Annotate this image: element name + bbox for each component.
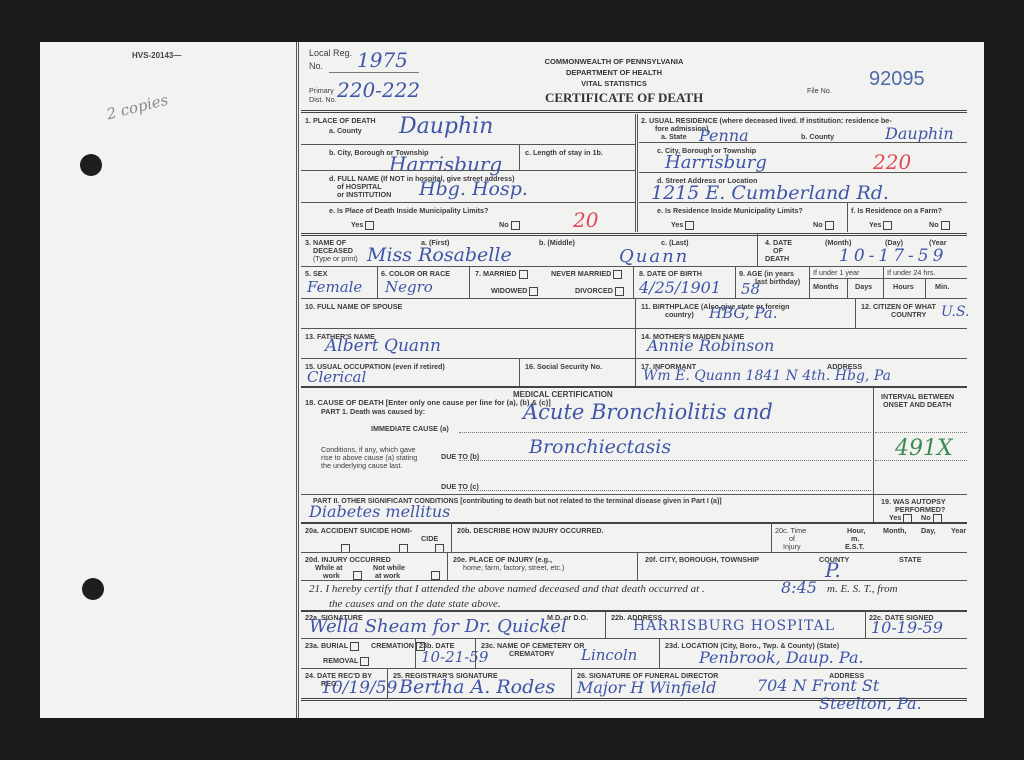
row-line xyxy=(301,358,967,359)
cemetery-value: Lincoln xyxy=(581,646,637,664)
res-yes-option[interactable]: Yes xyxy=(671,220,694,230)
days-label: Days xyxy=(855,282,872,291)
time-injury-label-3: Injury xyxy=(783,542,801,551)
sex-value: Female xyxy=(307,278,362,296)
cell-divider xyxy=(809,266,810,298)
injury-day-label: Day, xyxy=(921,526,936,535)
months-label: Months xyxy=(813,282,839,291)
est-label: E.S.T. xyxy=(845,542,864,551)
informant-value: Wm E. Quann 1841 N 4th. Hbg, Pa xyxy=(643,368,891,384)
date-signed-value: 10-19-59 xyxy=(871,618,943,637)
ssn-label: 16. Social Security No. xyxy=(525,362,602,371)
father-value: Albert Quann xyxy=(325,336,441,356)
sex-label: 5. SEX xyxy=(305,269,327,278)
cell-divider xyxy=(571,668,572,698)
director-address-value: 704 N Front St xyxy=(757,676,879,695)
cell-divider xyxy=(847,202,848,232)
agency-line-3: VITAL STATISTICS xyxy=(529,79,699,88)
age-value: 58 xyxy=(741,280,760,298)
section-divider xyxy=(635,114,638,232)
while-work-checkbox[interactable] xyxy=(353,571,362,580)
cell-divider xyxy=(475,638,476,668)
checkbox-icon[interactable] xyxy=(350,642,359,651)
local-reg-no-label: No. xyxy=(309,62,323,71)
res-county-value: Dauphin xyxy=(885,124,954,143)
cell-divider xyxy=(865,610,866,638)
certificate-form: Local Reg. No. 1975 Primary Dist. No. 22… xyxy=(296,42,987,718)
cell-divider xyxy=(873,388,874,494)
date-of-death-label-3: DEATH xyxy=(765,254,789,263)
res-code-value: 220 xyxy=(873,150,911,174)
cell-divider xyxy=(847,278,848,298)
describe-injury-label: 20b. DESCRIBE HOW INJURY OCCURRED. xyxy=(457,526,604,535)
cell-divider xyxy=(855,298,856,328)
injury-year-label: Year xyxy=(951,526,966,535)
injury-city-label: 20f. CITY, BOROUGH, TOWNSHIP xyxy=(645,555,759,564)
stay-label: c. Length of stay in 1b. xyxy=(525,148,603,157)
cell-divider xyxy=(883,266,884,298)
punch-hole-icon xyxy=(82,578,104,600)
copies-note: 2 copies xyxy=(105,91,170,124)
deceased-last-value: Quann xyxy=(619,246,689,267)
cell-divider xyxy=(605,610,606,638)
row-line xyxy=(639,142,967,143)
cell-divider xyxy=(469,266,470,298)
res-inside-limits-label: e. Is Residence Inside Municipality Limi… xyxy=(657,206,803,215)
mother-value: Annie Robinson xyxy=(647,336,774,355)
age-label-2: last birthday) xyxy=(755,277,800,286)
agency-line-2: DEPARTMENT OF HEALTH xyxy=(529,68,699,77)
checkbox-icon[interactable] xyxy=(941,221,950,230)
left-stub: HVS-20143— 2 copies xyxy=(40,42,296,718)
dotted-line xyxy=(459,490,871,491)
cell-divider xyxy=(659,638,660,668)
underline xyxy=(329,72,419,73)
cell-divider xyxy=(415,638,416,668)
yes-option[interactable]: Yes xyxy=(351,220,374,230)
place-of-death-heading: 1. PLACE OF DEATH xyxy=(305,116,376,125)
row-line xyxy=(301,202,635,203)
never-married-option[interactable]: NEVER MARRIED xyxy=(551,269,622,279)
date-of-death-value: 10-17-59 xyxy=(839,246,947,266)
row-line xyxy=(301,638,967,639)
checkbox-icon[interactable] xyxy=(511,221,520,230)
citizen-label-2: COUNTRY xyxy=(891,310,926,319)
punch-hole-icon xyxy=(80,154,102,176)
page-title: CERTIFICATE OF DEATH xyxy=(545,90,703,106)
due-to-b-value: Bronchiectasis xyxy=(529,436,671,458)
row-line xyxy=(301,144,635,145)
farm-label: f. Is Residence on a Farm? xyxy=(851,206,942,215)
farm-no-option[interactable]: No xyxy=(929,220,950,230)
deceased-name-value: Miss Rosabelle xyxy=(367,244,512,266)
citizen-value: U.S. xyxy=(941,304,970,320)
cell-divider xyxy=(633,266,634,298)
county-value: Dauphin xyxy=(399,114,493,139)
dob-value: 4/25/1901 xyxy=(639,278,721,297)
not-work-label-2: at work xyxy=(375,571,400,580)
birthplace-value: HBG, Pa. xyxy=(709,304,778,322)
funeral-director-value: Major H Winfield xyxy=(577,678,716,697)
dist-no-label: Dist. No. xyxy=(309,95,337,104)
certify-text-2: m. E. S. T., from xyxy=(827,583,898,595)
local-reg-label: Local Reg. xyxy=(309,49,352,58)
street-value: 1215 E. Cumberland Rd. xyxy=(651,182,889,204)
death-time-value: 8:45 xyxy=(781,578,817,597)
hospital-value: Hbg. Hosp. xyxy=(419,178,528,200)
ampm-value: P. xyxy=(825,558,841,582)
checkbox-icon[interactable] xyxy=(685,221,694,230)
row-line xyxy=(301,328,967,329)
injury-type-label-2: CIDE xyxy=(421,534,438,543)
middle-name-label: b. (Middle) xyxy=(539,238,575,247)
no-option[interactable]: No xyxy=(499,220,520,230)
row-line xyxy=(301,494,967,495)
cell-divider xyxy=(519,144,520,170)
md-label: M.D. or D.O. xyxy=(547,613,588,622)
cell-divider xyxy=(519,358,520,386)
under-24hr-label: If under 24 hrs. xyxy=(887,268,935,277)
cell-divider xyxy=(377,266,378,298)
row-line xyxy=(301,552,967,553)
row-line xyxy=(301,668,967,669)
married-option[interactable]: 7. MARRIED xyxy=(475,269,528,279)
file-no-label: File No. xyxy=(807,86,832,95)
certify-text-3: the causes and on the date state above. xyxy=(329,598,501,610)
local-reg-value: 1975 xyxy=(357,48,408,72)
checkbox-icon[interactable] xyxy=(519,270,528,279)
hospital-label-3: or INSTITUTION xyxy=(337,190,391,199)
deceased-name-label-3: (Type or print) xyxy=(313,254,358,263)
cause-label: 18. CAUSE OF DEATH [Enter only one cause… xyxy=(305,398,551,407)
form-code: HVS-20143— xyxy=(132,51,181,60)
row-line xyxy=(809,278,967,279)
place-injury-label-2: home, farm, factory, street, etc.) xyxy=(463,563,564,572)
immediate-cause-value: Acute Bronchiolitis and xyxy=(523,400,773,424)
dob-label: 8. DATE OF BIRTH xyxy=(639,269,702,278)
dotted-line xyxy=(459,460,871,461)
checkbox-icon[interactable] xyxy=(365,221,374,230)
location-value: Penbrook, Daup. Pa. xyxy=(699,648,864,667)
cell-divider xyxy=(635,328,636,358)
section-divider xyxy=(301,610,967,612)
checkbox-icon[interactable] xyxy=(613,270,622,279)
place-code-value: 20 xyxy=(573,208,598,232)
injury-month-label: Month, xyxy=(883,526,907,535)
cell-divider xyxy=(451,522,452,552)
checkbox-icon[interactable] xyxy=(615,287,624,296)
city-value: Harrisburg xyxy=(389,152,502,176)
occupation-value: Clerical xyxy=(307,368,366,386)
immediate-cause-label: IMMEDIATE CAUSE (a) xyxy=(371,424,449,433)
farm-yes-option[interactable]: Yes xyxy=(869,220,892,230)
header-divider xyxy=(301,110,967,113)
checkbox-icon[interactable] xyxy=(883,221,892,230)
inside-limits-label: e. Is Place of Death Inside Municipality… xyxy=(329,206,488,215)
date-recd-value: 10/19/59 xyxy=(321,678,397,698)
registrar-value: Bertha A. Rodes xyxy=(399,676,555,698)
row-line xyxy=(301,580,967,581)
cell-divider xyxy=(635,358,636,386)
not-work-checkbox[interactable] xyxy=(431,571,440,580)
injury-state-label: STATE xyxy=(899,555,922,564)
part2-value: Diabetes mellitus xyxy=(309,502,450,521)
widowed-option[interactable]: WIDOWED xyxy=(491,286,538,296)
primary-dist-label: Primary xyxy=(309,86,334,95)
director-address-value-2: Steelton, Pa. xyxy=(819,694,922,713)
burial-option[interactable]: 23a. BURIAL xyxy=(305,641,359,651)
certify-text: 21. I hereby certify that I attended the… xyxy=(309,583,705,595)
row-line xyxy=(639,202,967,203)
under-1yr-label: If under 1 year xyxy=(813,268,859,277)
section-divider xyxy=(301,386,967,388)
cell-divider xyxy=(757,234,758,266)
divorced-option[interactable]: DIVORCED xyxy=(575,286,624,296)
while-work-label-2: work xyxy=(323,571,340,580)
dotted-line xyxy=(875,432,967,433)
section-divider xyxy=(301,233,967,236)
county-label: a. County xyxy=(329,126,362,135)
res-city-value: Harrisburg xyxy=(665,152,767,173)
race-label: 6. COLOR OR RACE xyxy=(381,269,450,278)
cell-divider xyxy=(925,278,926,298)
removal-option[interactable]: REMOVAL xyxy=(323,656,369,666)
interval-code-value: 491X xyxy=(895,436,953,461)
conditions-label: Conditions, if any, which gave rise to a… xyxy=(321,446,429,470)
cell-divider xyxy=(771,522,772,552)
cell-divider xyxy=(635,298,636,328)
row-line xyxy=(301,170,635,171)
dotted-line xyxy=(459,432,871,433)
min-label: Min. xyxy=(935,282,949,291)
disposition-date-value: 10-21-59 xyxy=(421,648,488,666)
row-line xyxy=(301,298,967,299)
signature-value: Wella Sheam for Dr. Quickel xyxy=(309,616,567,637)
state-label: a. State xyxy=(661,132,687,141)
cell-divider xyxy=(387,668,388,698)
hours-label: Hours xyxy=(893,282,914,291)
res-county-label: b. County xyxy=(801,132,834,141)
birthplace-label-2: country) xyxy=(665,310,694,319)
res-no-option[interactable]: No xyxy=(813,220,834,230)
row-line xyxy=(639,172,967,173)
death-certificate-page: HVS-20143— 2 copies Local Reg. No. 1975 … xyxy=(40,42,984,718)
race-value: Negro xyxy=(385,278,433,296)
part1-label: PART 1. Death was caused by: xyxy=(321,407,425,416)
primary-dist-value: 220-222 xyxy=(337,78,420,102)
injury-type-label: 20a. ACCIDENT SUICIDE HOMI- xyxy=(305,526,412,535)
checkbox-icon[interactable] xyxy=(529,287,538,296)
row-line xyxy=(301,266,967,267)
cell-divider xyxy=(735,266,736,298)
interval-label-2: ONSET AND DEATH xyxy=(883,400,951,409)
cell-divider xyxy=(447,552,448,580)
checkbox-icon[interactable] xyxy=(825,221,834,230)
cert-address-value: HARRISBURG HOSPITAL xyxy=(633,618,835,634)
checkbox-icon[interactable] xyxy=(360,657,369,666)
cremation-option[interactable]: CREMATION xyxy=(371,641,425,651)
cell-divider xyxy=(873,494,874,522)
file-no-value: 92095 xyxy=(869,68,925,91)
spouse-label: 10. FULL NAME OF SPOUSE xyxy=(305,302,402,311)
cell-divider xyxy=(637,552,638,580)
agency-line-1: COMMONWEALTH OF PENNSYLVANIA xyxy=(529,57,699,66)
cemetery-label-2: CREMATORY xyxy=(509,649,554,658)
section-divider xyxy=(301,522,967,524)
